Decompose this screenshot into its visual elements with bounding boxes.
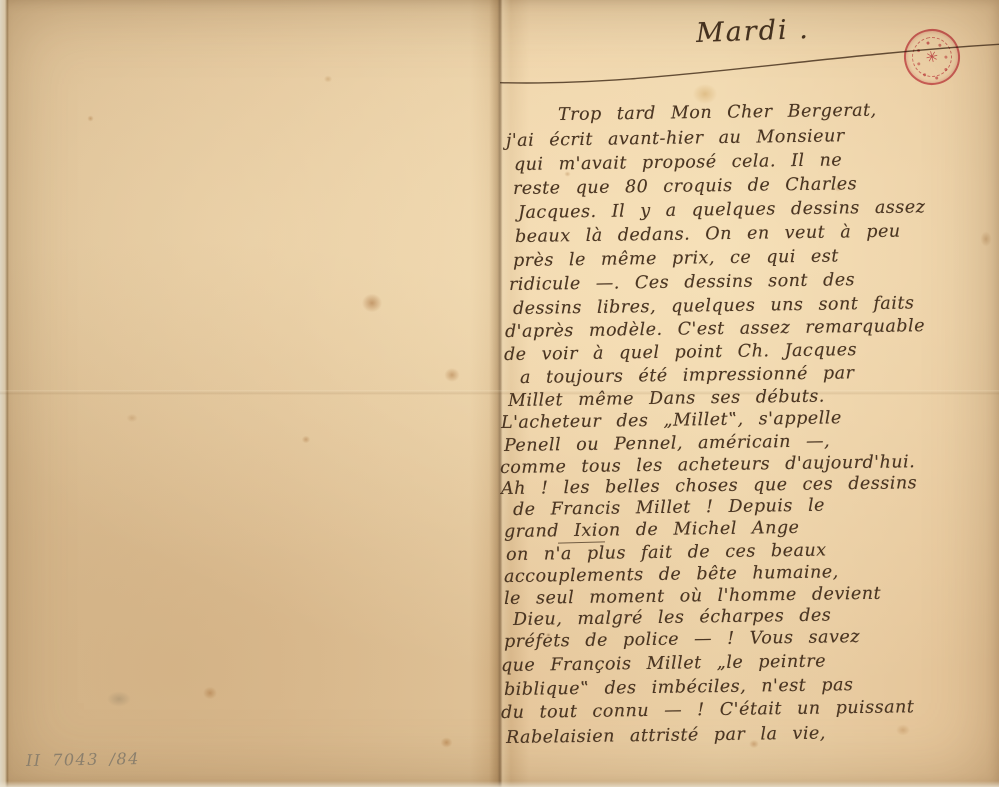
letter-line: près le même prix, ce qui est	[513, 245, 839, 272]
letter-line: d'après modèle. C'est assez remarquable	[505, 315, 925, 343]
right-page: Mardi . ✳ Trop tard Mon Cher Bergerat, j…	[500, 0, 999, 787]
letter-line: que François Millet „le peintre	[501, 650, 826, 677]
letter-line: de voir à quel point Ch. Jacques	[504, 339, 857, 366]
letter-line: Rabelaisien attristé par la vie,	[506, 723, 826, 749]
letter-line: reste que 80 croquis de Charles	[513, 173, 857, 200]
letter-line: ridicule —. Ces dessins sont des	[509, 269, 855, 296]
letter-line: qui m'avait proposé cela. Il ne	[514, 149, 843, 176]
letter-line: Jacques. Il y a quelques dessins assez	[518, 196, 926, 224]
letter-line: Trop tard Mon Cher Bergerat,	[558, 100, 877, 126]
inventory-number: II 7043 /84	[26, 749, 140, 770]
letter-line: j'ai écrit avant-hier au Monsieur	[506, 125, 845, 152]
letter-line: beaux là dedans. On en veut à peu	[515, 221, 901, 248]
letter-scan: II 7043 /84 Mardi . ✳ Trop tard Mon Cher…	[0, 0, 999, 787]
letter-line: du tout connu — ! C'était un puissant	[501, 696, 915, 724]
letter-line: préfets de police — ! Vous savez	[504, 626, 860, 653]
letter-line: grand Ixion de Michel Ange	[504, 517, 800, 543]
left-page: II 7043 /84	[0, 0, 500, 787]
